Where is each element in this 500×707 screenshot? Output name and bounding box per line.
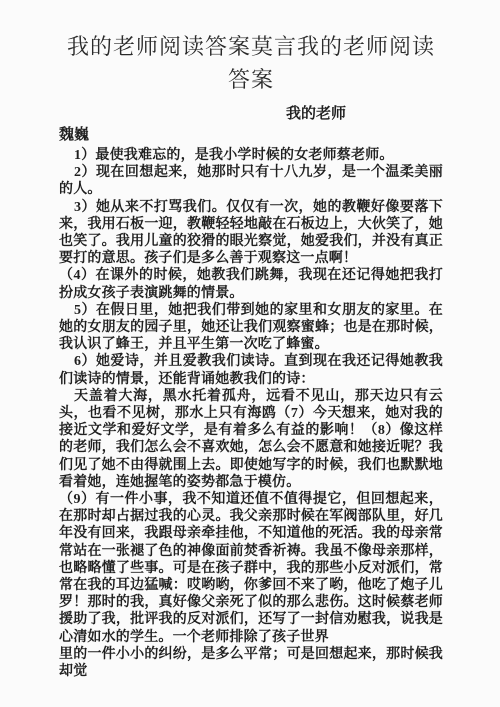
paragraph-1: 1）最使我难忘的，是我小学时候的女老师蔡老师。 — [59, 147, 443, 164]
document-title: 我的老师阅读答案莫言我的老师阅读答案 — [59, 30, 443, 96]
paragraph-3: 3）她从来不打骂我们。仅仅有一次，她的教鞭好像要落下来，我用石板一迎，教鞭轻轻地… — [59, 199, 443, 268]
article-subtitle: 我的老师 — [59, 106, 443, 123]
article-author: 魏巍 — [59, 127, 443, 144]
paragraph-8: （9）有一件小事，我不知道还值不值得提它，但回想起来，在那时却占据过我的心灵。我… — [59, 491, 443, 646]
document-page: 我的老师阅读答案莫言我的老师阅读答案 我的老师 魏巍 1）最使我难忘的，是我小学… — [0, 0, 500, 707]
paragraph-6: 6）她爱诗，并且爱教我们读诗。直到现在我还记得她教我们读诗的情景，还能背诵她教我… — [59, 353, 443, 387]
paragraph-2: 2）现在回想起来，她那时只有十八九岁，是一个温柔美丽的人。 — [59, 164, 443, 198]
paragraph-9: 里的一件小小的纠纷，是多么平常；可是回想起来，那时候我却觉 — [59, 646, 443, 680]
paragraph-7-poem: 天盖着大海，黑水托着孤舟，远看不见山，那天边只有云头，也看不见树，那水上只有海鸥… — [59, 388, 443, 491]
article-body: 1）最使我难忘的，是我小学时候的女老师蔡老师。 2）现在回想起来，她那时只有十八… — [59, 147, 443, 680]
paragraph-5: 5）在假日里，她把我们带到她的家里和女朋友的家里。在她的女朋友的园子里，她还让我… — [59, 302, 443, 354]
paragraph-4: （4）在课外的时候，她教我们跳舞，我现在还记得她把我打扮成女孩子表演跳舞的情景。 — [59, 267, 443, 301]
